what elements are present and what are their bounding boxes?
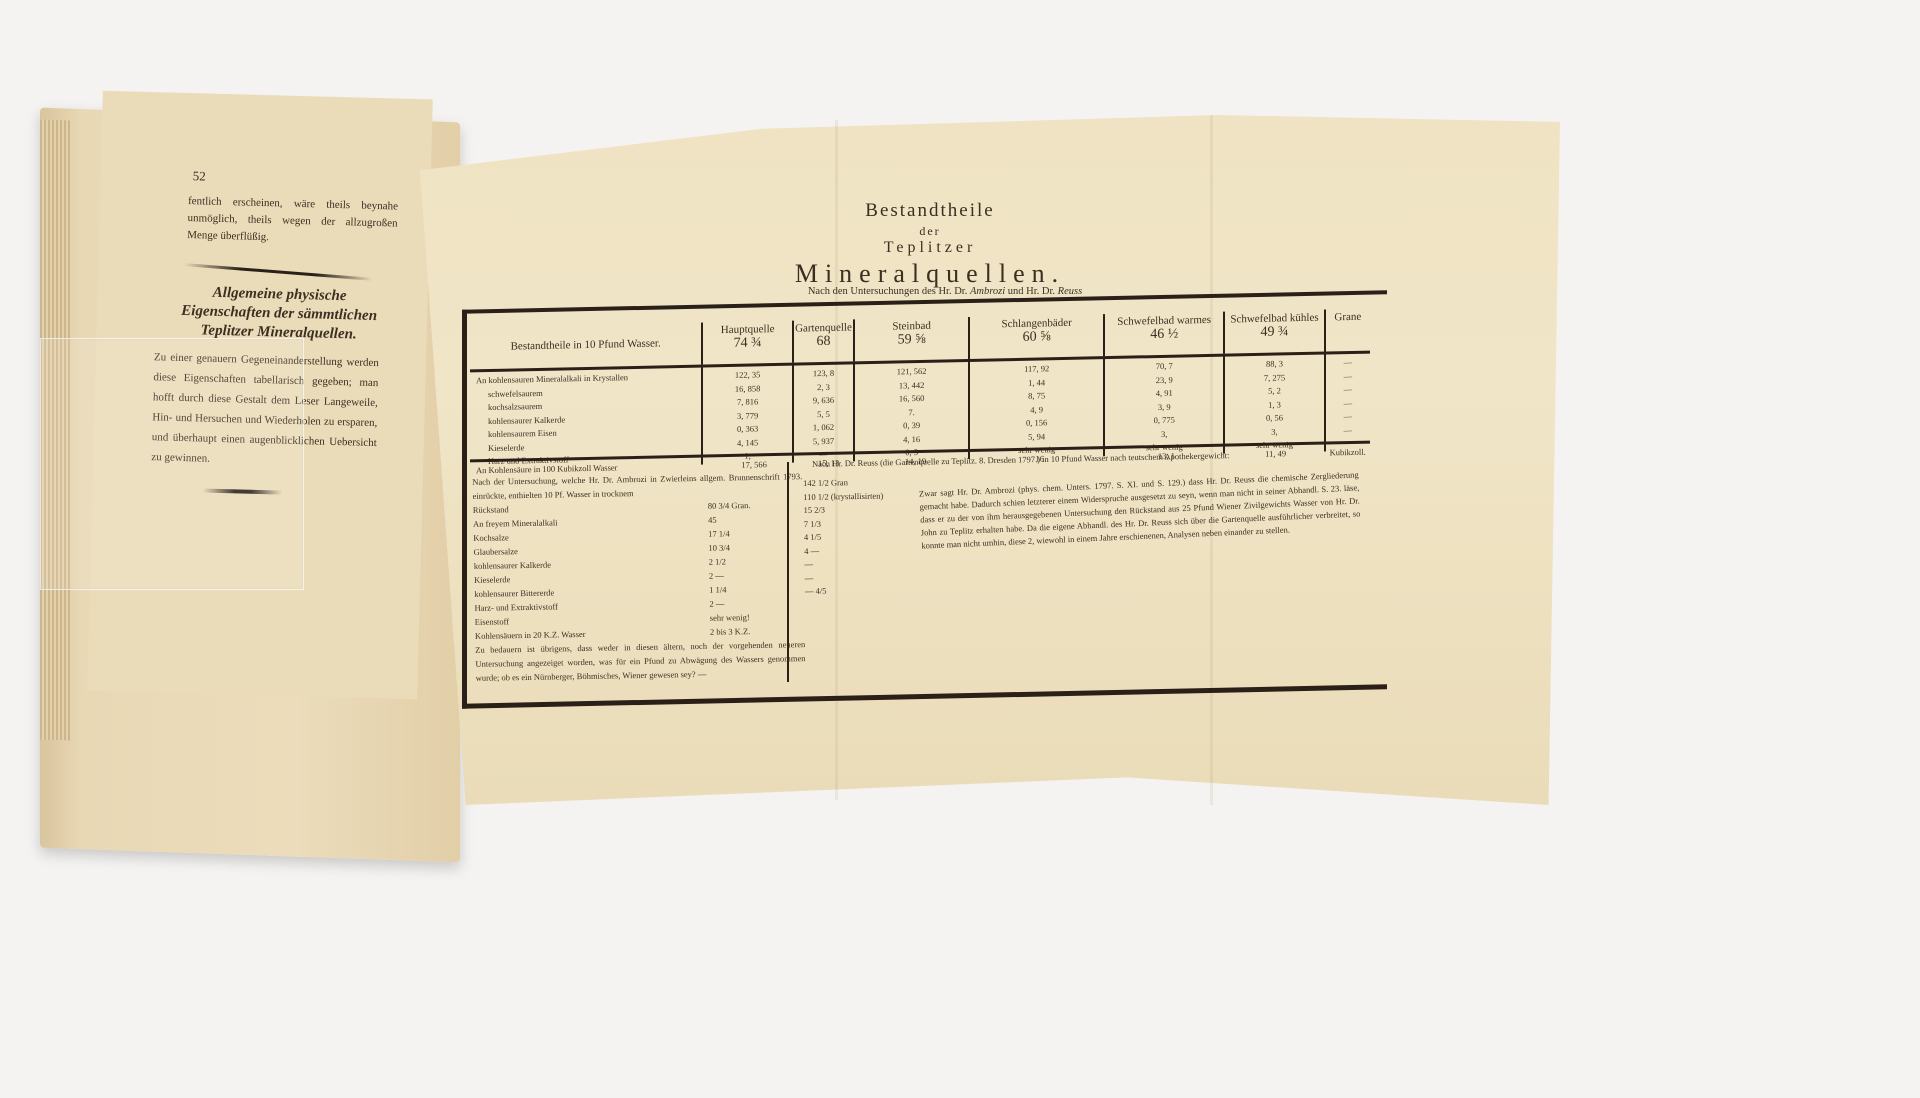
schwefelbad-kuehl-column: 88, 37, 2755, 21, 30, 563,sehr wenig (1225, 354, 1325, 454)
gartenquelle-column: 123, 82, 39, 6365, 51, 0625, 937— (794, 363, 855, 462)
schwefelbad-warm-column: 70, 723, 94, 913, 90, 7753,sehr wenig (1105, 356, 1225, 456)
header-cell: Schwefelbad warmes46 ½ (1105, 312, 1225, 357)
hauptquelle-column: 122, 3516, 8587, 8163, 7790, 3634, 1451, (703, 365, 794, 464)
header-cell: Schwefelbad kühles49 ¾ (1225, 310, 1325, 354)
grane-column: —————— (1326, 353, 1370, 451)
author-reuss: Reuss (1058, 286, 1083, 297)
header-cell: Gartenquelle68 (794, 319, 855, 362)
ambrozi-analysis: Nach der Untersuchung, welche Hr. Dr. Am… (472, 469, 806, 685)
title-line-1: Bestandtheile (780, 200, 1080, 222)
section-heading: Allgemeine physische Eigenschaften der s… (168, 283, 389, 346)
header-cell: Grane (1326, 309, 1370, 352)
subtitle-mid: und Hr. Dr. (1008, 286, 1055, 297)
divider-rule (183, 263, 373, 281)
sheet-subtitle: Nach den Untersuchungen des Hr. Dr. Ambr… (760, 286, 1130, 297)
header-cell: Hauptquelle74 ¾ (703, 321, 794, 365)
subtitle-prefix: Nach den Untersuchungen des Hr. Dr. (808, 286, 968, 297)
column-divider (787, 462, 789, 682)
label-column: An kohlensauren Mineralalkali in Krystal… (470, 367, 703, 469)
footnote-paragraph: Zu bedauern ist übrigens, dass weder in … (475, 637, 806, 685)
sheet-title: Bestandtheile der Teplitzer Mineralquell… (780, 200, 1080, 289)
header-cell: Steinbad59 ⅝ (855, 317, 970, 361)
reuss-values: 142 1/2 Gran 110 1/2 (krystallisirten) 1… (803, 475, 915, 598)
title-line-3: Teplitzer (780, 239, 1080, 257)
photo-scene: 52 fentlich erscheinen, wäre theils beyn… (0, 0, 1568, 897)
acrylic-page-holder (40, 338, 304, 590)
header-cell: Schlangenbäder60 ⅝ (970, 314, 1105, 359)
page-number: 52 (192, 168, 205, 184)
header-cell: Bestandtheile in 10 Pfund Wasser. (470, 323, 703, 370)
title-line-2: der (780, 224, 1080, 239)
author-ambrozi: Ambrozi (970, 286, 1005, 297)
title-line-4: Mineralquellen. (780, 259, 1080, 289)
steinbad-column: 121, 56213, 44216, 5607.0, 394, 160, 5 (855, 361, 970, 461)
page-continued-text: fentlich erscheinen, wäre theils beynahe… (187, 193, 398, 249)
schlangenbaeder-column: 117, 921, 448, 754, 90, 1565, 94sehr wen… (970, 358, 1105, 458)
